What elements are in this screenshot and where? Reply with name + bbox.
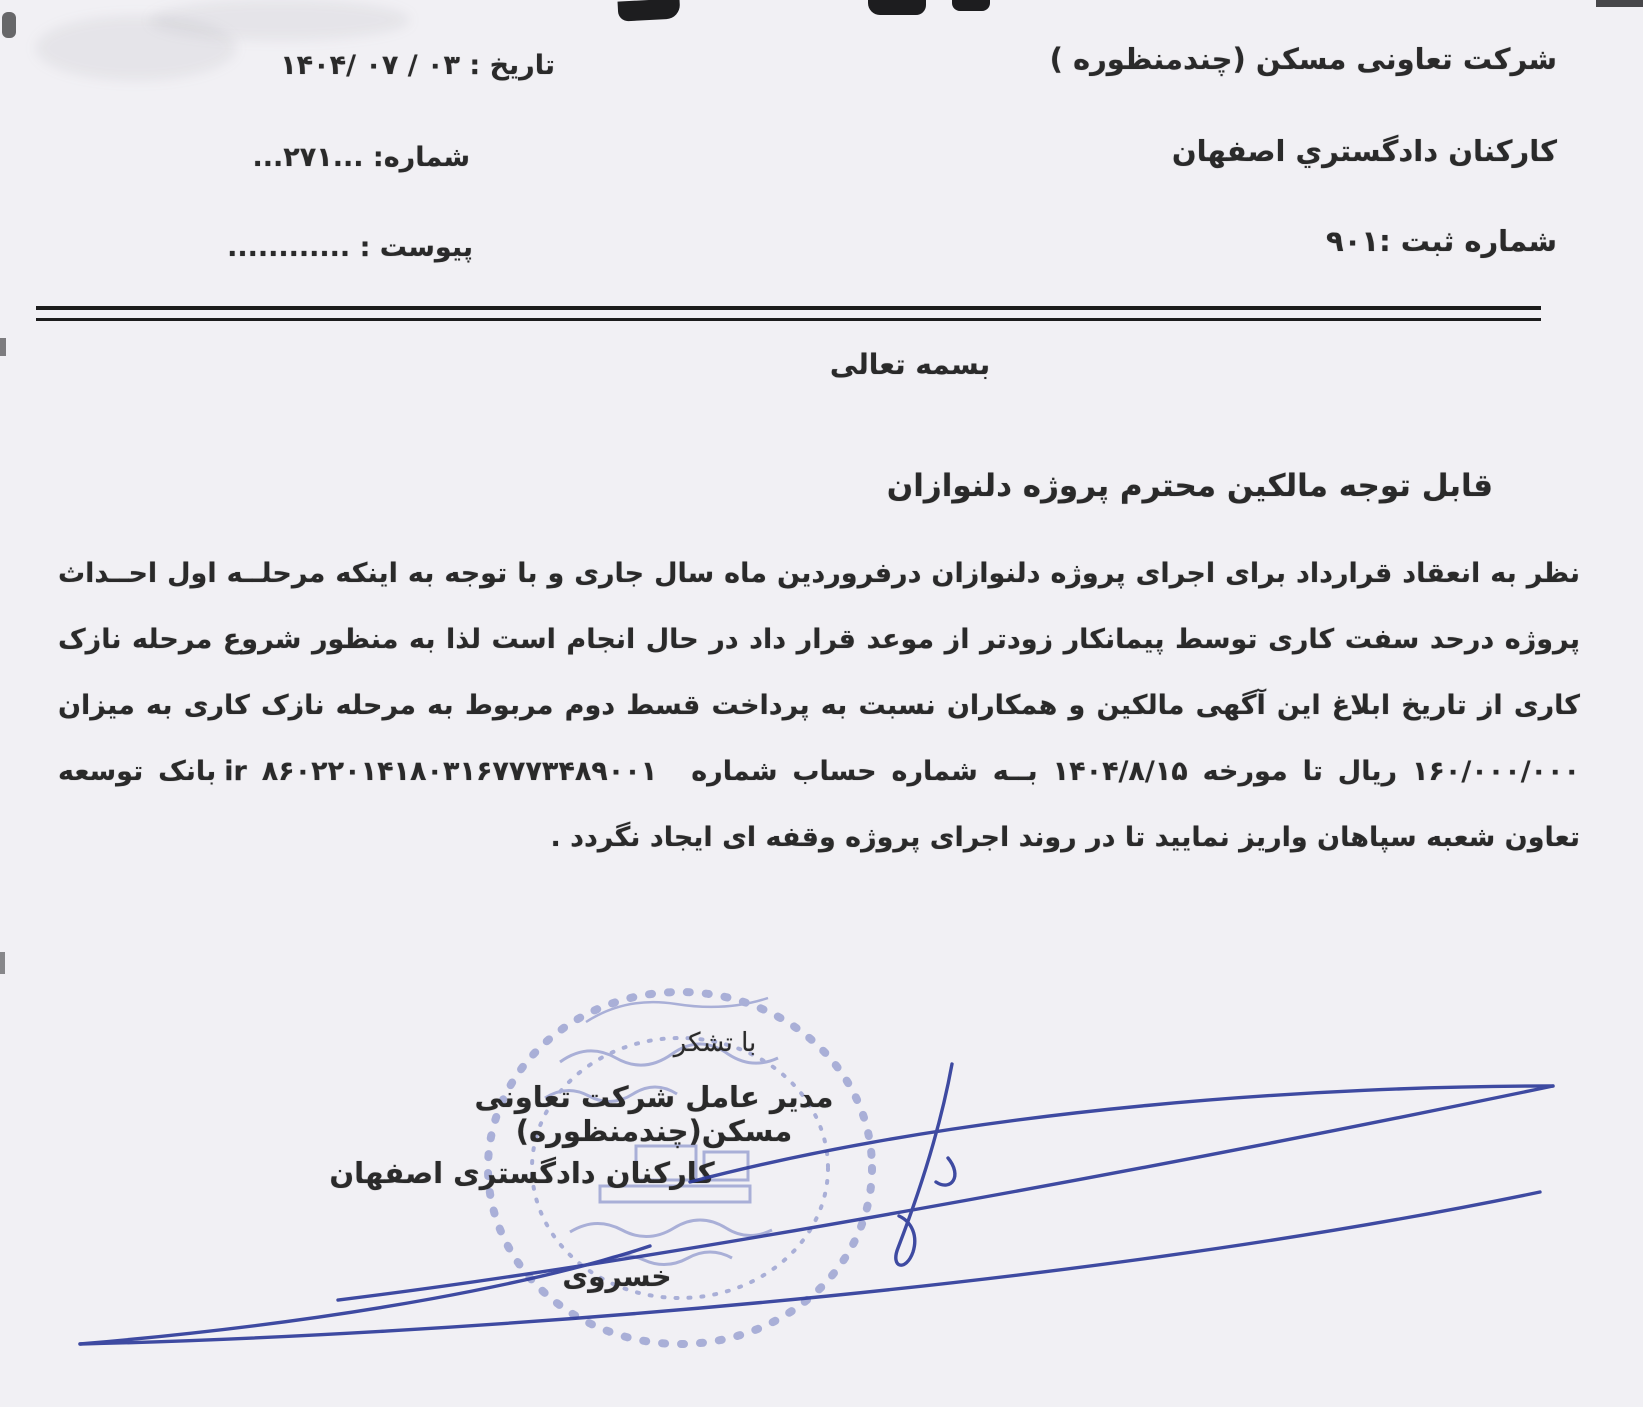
body-line-2: پروژه درحد سفت کاری توسط پیمانکار زودتر …	[58, 609, 1580, 675]
company-stamp	[0, 940, 1643, 1407]
letterhead-organization: کارکنان دادگستري اصفهان	[1172, 134, 1557, 168]
body-line-3: کاری از تاریخ ابلاغ این آگهی مالکین و هم…	[58, 675, 1580, 741]
scan-shading	[150, 0, 410, 40]
body-line-5: تعاون شعبه سپاهان واریز نمایید تا در رون…	[58, 807, 1580, 873]
letter-date: تاریخ : ۰۳ / ۰۷ /۱۴۰۴	[280, 50, 555, 81]
letterhead-company: شرکت تعاونی مسکن (چندمنظوره )	[1050, 42, 1557, 76]
letter-body: نظر به انعقاد قرارداد برای اجرای پروژه د…	[58, 543, 1580, 873]
double-rule-divider	[36, 306, 1541, 321]
letter-title: قابل توجه مالکین محترم پروژه دلنوازان	[887, 468, 1493, 504]
scan-artifact	[1596, 0, 1643, 7]
letterhead-registration-number: شماره ثبت :۹۰۱	[1326, 224, 1557, 258]
scan-artifact	[952, 0, 990, 11]
letter-attachment: پیوست : ............	[227, 232, 473, 263]
stamp-lower-text	[570, 1220, 772, 1237]
amount-and-due-date: ۱۶۰/۰۰۰/۰۰۰ ریال تا مورخه ۱۴۰۴/۸/۱۵ بــه…	[691, 756, 1580, 787]
scan-artifact	[618, 0, 681, 22]
besmele-heading: بسمه تعالی	[760, 348, 1060, 381]
body-line-4: ۱۶۰/۰۰۰/۰۰۰ ریال تا مورخه ۱۴۰۴/۸/۱۵ بــه…	[58, 741, 1580, 807]
scan-artifact	[868, 0, 926, 15]
signature-role-line-2: کارکنان دادگستری اصفهان	[303, 1156, 741, 1190]
scan-artifact	[2, 12, 16, 38]
signatory-name: خسروی	[522, 1260, 712, 1293]
scan-artifact	[0, 952, 5, 974]
scan-artifact	[0, 338, 6, 356]
iban-account-number: ir ۸۶۰۲۲۰۱۴۱۸۰۳۱۶۷۷۷۳۴۸۹۰۰۱	[224, 756, 657, 787]
letter-number: شماره: ...۲۷۱...	[253, 142, 470, 173]
scanned-letter-page: شرکت تعاونی مسکن (چندمنظوره ) کارکنان دا…	[0, 0, 1643, 1407]
signature-role-line-1: مدیر عامل شرکت تعاونی مسکن(چندمنظوره)	[338, 1080, 970, 1148]
bank-name: بانک توسعه	[58, 756, 216, 787]
body-line-1: نظر به انعقاد قرارداد برای اجرای پروژه د…	[58, 543, 1580, 609]
signature-thanks: با تشکر	[630, 1028, 800, 1058]
